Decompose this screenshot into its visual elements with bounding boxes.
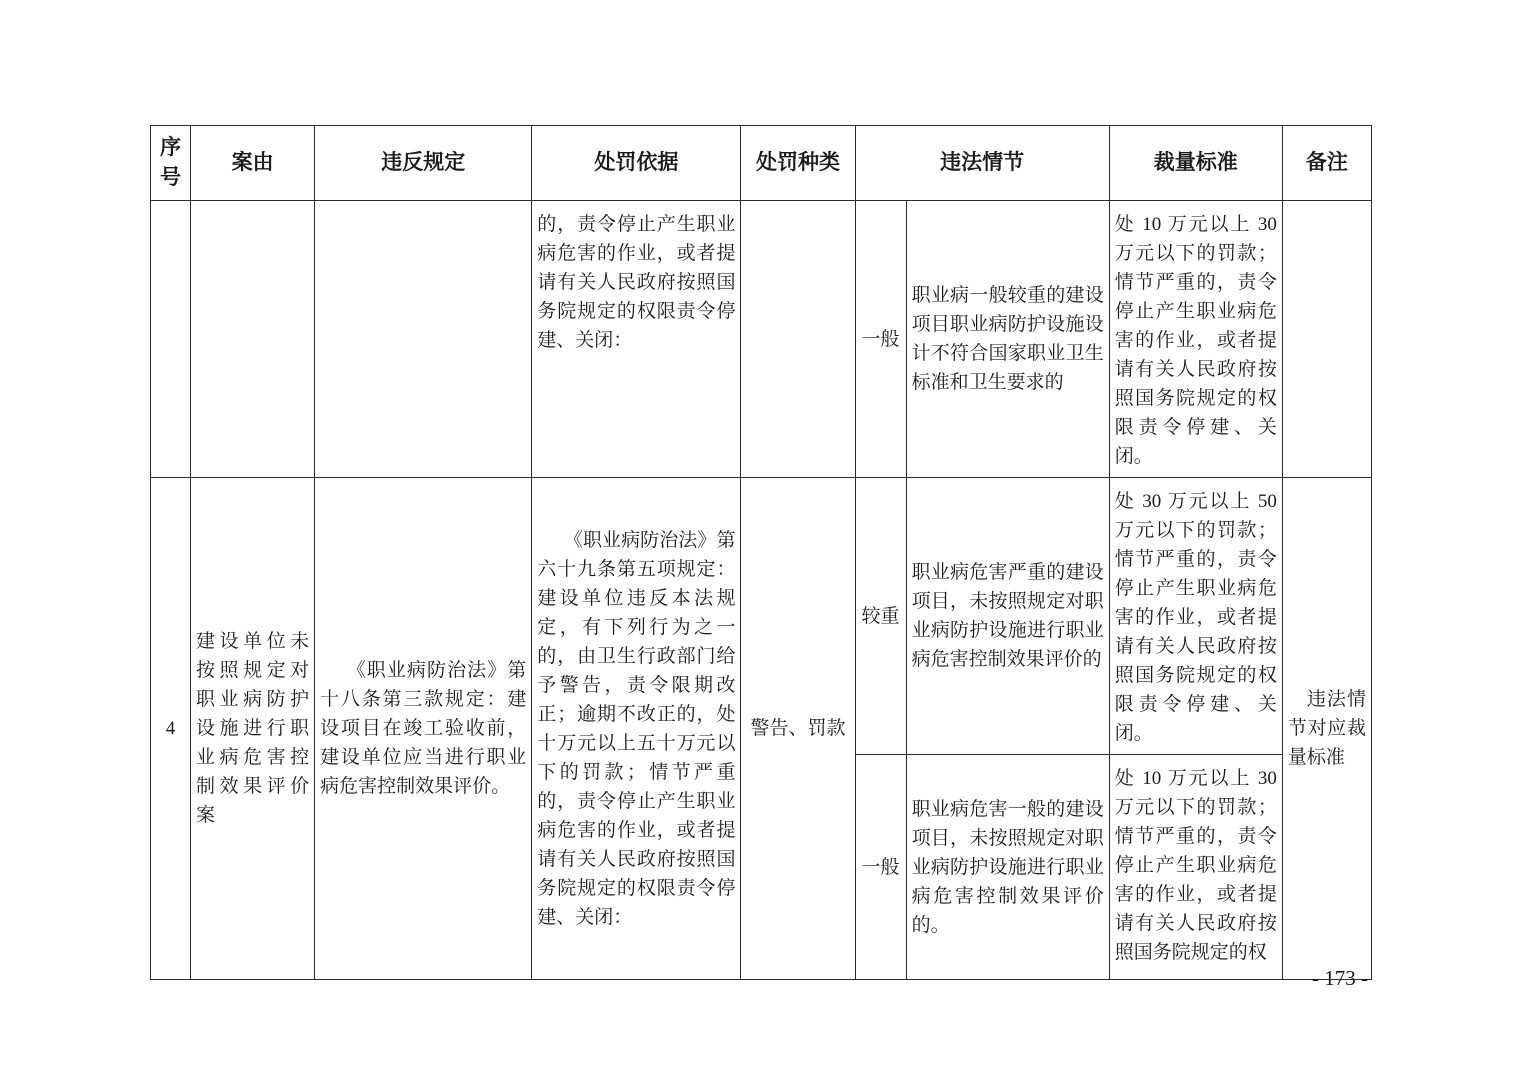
cell-discretion-standard: 处 30 万元以上 50 万元以下的罚款；情节严重的，责令停止产生职业病危害的作… <box>1109 478 1282 755</box>
discretion-standard-text: 处 10 万元以上 30 万元以下的罚款；情节严重的，责令停止产生职业病危害的作… <box>1115 764 1277 967</box>
remarks-text: 违法情节对应裁量标准 <box>1288 685 1366 772</box>
penalty-basis-text: 的，责令停止产生职业病危害的作业，或者提请有关人民政府按照国务院规定的权限责令停… <box>537 210 735 355</box>
col-header-illegal-circumstances: 违法情节 <box>855 126 1109 201</box>
cell-case-cause-continuation <box>191 201 315 478</box>
cell-severity-general: 一般 <box>855 755 906 980</box>
cell-penalty-type-continuation <box>741 201 855 478</box>
table-row-continuation: 的，责令停止产生职业病危害的作业，或者提请有关人民政府按照国务院规定的权限责令停… <box>151 201 1372 478</box>
penalty-discretion-table: 序号 案由 违反规定 处罚依据 处罚种类 违法情节 裁量标准 备注 的，责令停止… <box>150 125 1372 980</box>
discretion-standard-text: 处 30 万元以上 50 万元以下的罚款；情节严重的，责令停止产生职业病危害的作… <box>1115 487 1277 748</box>
cell-penalty-basis-continuation: 的，责令停止产生职业病危害的作业，或者提请有关人民政府按照国务院规定的权限责令停… <box>532 201 741 478</box>
document-page: 序号 案由 违反规定 处罚依据 处罚种类 违法情节 裁量标准 备注 的，责令停止… <box>0 0 1520 1074</box>
cell-circumstance-text: 职业病危害一般的建设项目，未按照规定对职业病防护设施进行职业病危害控制效果评价的… <box>906 755 1109 980</box>
cell-circumstance-text: 职业病一般较重的建设项目职业病防护设施设计不符合国家职业卫生标准和卫生要求的 <box>906 201 1109 478</box>
cell-severity-general: 一般 <box>855 201 906 478</box>
col-header-discretion-standard: 裁量标准 <box>1109 126 1282 201</box>
cell-discretion-standard: 处 10 万元以上 30 万元以下的罚款；情节严重的，责令停止产生职业病危害的作… <box>1109 201 1282 478</box>
violated-provision-text: 《职业病防治法》第十八条第三款规定：建设项目在竣工验收前，建设单位应当进行职业病… <box>320 656 526 801</box>
col-header-violated-provision: 违反规定 <box>315 126 532 201</box>
col-header-case-cause: 案由 <box>191 126 315 201</box>
penalty-basis-text: 《职业病防治法》第六十九条第五项规定：建设单位违反本法规定，有下列行为之一的，由… <box>537 526 735 932</box>
cell-remarks: 违法情节对应裁量标准 <box>1282 478 1371 980</box>
cell-severity-relatively-severe: 较重 <box>855 478 906 755</box>
col-header-penalty-basis: 处罚依据 <box>532 126 741 201</box>
circumstance-text: 职业病一般较重的建设项目职业病防护设施设计不符合国家职业卫生标准和卫生要求的 <box>912 281 1104 397</box>
table-header-row: 序号 案由 违反规定 处罚依据 处罚种类 违法情节 裁量标准 备注 <box>151 126 1372 201</box>
case-cause-text: 建设单位未按照规定对职业病防护设施进行职业病危害控制效果评价案 <box>196 627 309 830</box>
cell-penalty-type: 警告、罚款 <box>741 478 855 980</box>
discretion-standard-text: 处 10 万元以上 30 万元以下的罚款；情节严重的，责令停止产生职业病危害的作… <box>1115 210 1277 471</box>
cell-penalty-basis: 《职业病防治法》第六十九条第五项规定：建设单位违反本法规定，有下列行为之一的，由… <box>532 478 741 980</box>
table-row-4-severe: 4 建设单位未按照规定对职业病防护设施进行职业病危害控制效果评价案 《职业病防治… <box>151 478 1372 755</box>
page-number: - 173 - <box>1270 966 1410 991</box>
col-header-serial-number: 序号 <box>151 126 191 201</box>
cell-serial-continuation <box>151 201 191 478</box>
cell-remarks-continuation <box>1282 201 1371 478</box>
cell-violated-provision-continuation <box>315 201 532 478</box>
circumstance-text: 职业病危害严重的建设项目，未按照规定对职业病防护设施进行职业病危害控制效果评价的 <box>912 558 1104 674</box>
cell-discretion-standard: 处 10 万元以上 30 万元以下的罚款；情节严重的，责令停止产生职业病危害的作… <box>1109 755 1282 980</box>
col-header-remarks: 备注 <box>1282 126 1371 201</box>
cell-violated-provision: 《职业病防治法》第十八条第三款规定：建设项目在竣工验收前，建设单位应当进行职业病… <box>315 478 532 980</box>
cell-serial-number: 4 <box>151 478 191 980</box>
col-header-penalty-type: 处罚种类 <box>741 126 855 201</box>
circumstance-text: 职业病危害一般的建设项目，未按照规定对职业病防护设施进行职业病危害控制效果评价的… <box>912 795 1104 940</box>
cell-case-cause: 建设单位未按照规定对职业病防护设施进行职业病危害控制效果评价案 <box>191 478 315 980</box>
cell-circumstance-text: 职业病危害严重的建设项目，未按照规定对职业病防护设施进行职业病危害控制效果评价的 <box>906 478 1109 755</box>
